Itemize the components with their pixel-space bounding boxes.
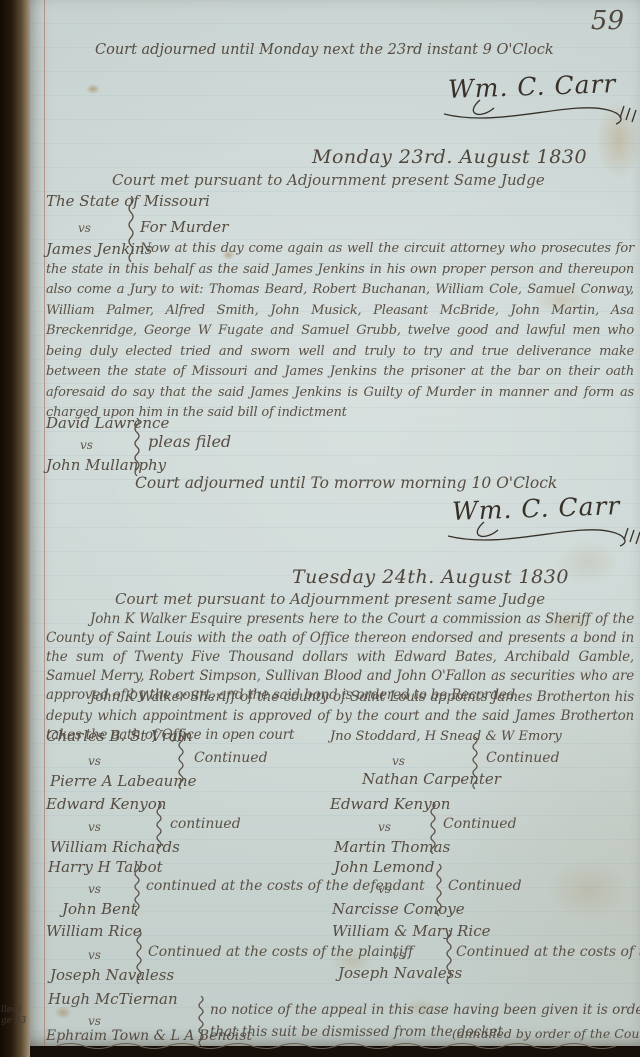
case-vs-label: vs [88, 882, 101, 896]
adjournment-note-top: Court adjourned until Monday next the 23… [95, 42, 554, 58]
signature-flourish [440, 96, 640, 132]
case-party-1: William & Mary Rice [332, 922, 490, 940]
case-vs-label: vs [88, 1014, 101, 1028]
case-party-1: Edward Kenyon [46, 795, 166, 813]
case-brace [132, 864, 142, 916]
court-convening-line-tuesday: Court met pursuant to Adjournment presen… [115, 590, 545, 608]
case-vs-label: vs [80, 438, 93, 452]
margin-note-line2: ge 53 [1, 1016, 26, 1027]
case-party-1: William Rice [46, 922, 142, 940]
page-number: 59 [591, 6, 624, 36]
case-vs-label: vs [78, 221, 91, 235]
charge-label: For Murder [140, 218, 228, 236]
adjournment-note-monday: Court adjourned until To morrow morning … [135, 474, 557, 492]
case-party-1: Charles B. St Vrain [46, 727, 192, 745]
case-disposition: Continued [443, 816, 517, 832]
verdict-paragraph: Now at this day come again as well the c… [46, 239, 634, 424]
case-brace [154, 802, 164, 854]
binding-edge [0, 0, 30, 1057]
case-brace [428, 802, 438, 854]
court-convening-line-monday: Court met pursuant to Adjournment presen… [112, 171, 545, 189]
case-vs-label: vs [88, 948, 101, 962]
case-party-1: Jno Stoddard, H Snead & W Emory [330, 729, 562, 744]
case-party-2: Pierre A Labeaume [50, 772, 196, 790]
case-vs-label: vs [88, 754, 101, 768]
case-disposition: Continued at the costs of the plaintiff [148, 944, 413, 960]
case-disposition: Continued at the costs of the plaintiff [456, 944, 640, 960]
case-party-2: Joseph Navaless [50, 966, 174, 984]
court-record-scan: 59 Court adjourned until Monday next the… [0, 0, 640, 1057]
case-vs-label: vs [392, 948, 405, 962]
bottom-wavy-line [56, 1040, 632, 1052]
case-disposition: Continued [486, 750, 560, 766]
case-party-defendant: John Mullanphy [46, 456, 166, 474]
annulled-note: (annulled by order of the Court) [452, 1026, 640, 1041]
margin-note-line1: lled) [1, 1005, 26, 1016]
case-party-1: Harry H Talbot [48, 858, 163, 876]
case-brace [134, 930, 144, 984]
session-date-heading-monday: Monday 23rd. August 1830 [312, 146, 587, 168]
case-brace [470, 737, 480, 789]
case-brace [132, 418, 142, 476]
case-vs-label: vs [378, 882, 391, 896]
case-party-2: Narcisse Comoye [332, 900, 465, 918]
case-vs-label: vs [88, 820, 101, 834]
case-disposition: Continued [448, 878, 522, 894]
case-disposition: continued [170, 816, 241, 832]
case-party-1: Hugh McTiernan [48, 990, 178, 1008]
dismissal-note-line1: no notice of the appeal in this case hav… [210, 1002, 640, 1018]
pleas-filed-note: pleas filed [148, 432, 231, 451]
case-disposition: Continued [194, 750, 268, 766]
session-date-heading-tuesday: Tuesday 24th. August 1830 [292, 566, 569, 588]
red-margin-line [44, 0, 45, 1046]
case-party-1: John Lemond [334, 858, 435, 876]
case-brace [444, 930, 454, 984]
case-party-2: Nathan Carpenter [362, 770, 501, 788]
case-vs-label: vs [378, 820, 391, 834]
case-brace [434, 864, 444, 916]
case-party-plaintiff: David Lawrence [46, 414, 169, 432]
signature-flourish [444, 518, 640, 554]
case-brace [196, 996, 206, 1046]
margin-note: lled) ge 53 [1, 1005, 26, 1027]
case-vs-label: vs [392, 754, 405, 768]
case-party-2: John Bent [62, 900, 137, 918]
case-brace [176, 735, 186, 789]
